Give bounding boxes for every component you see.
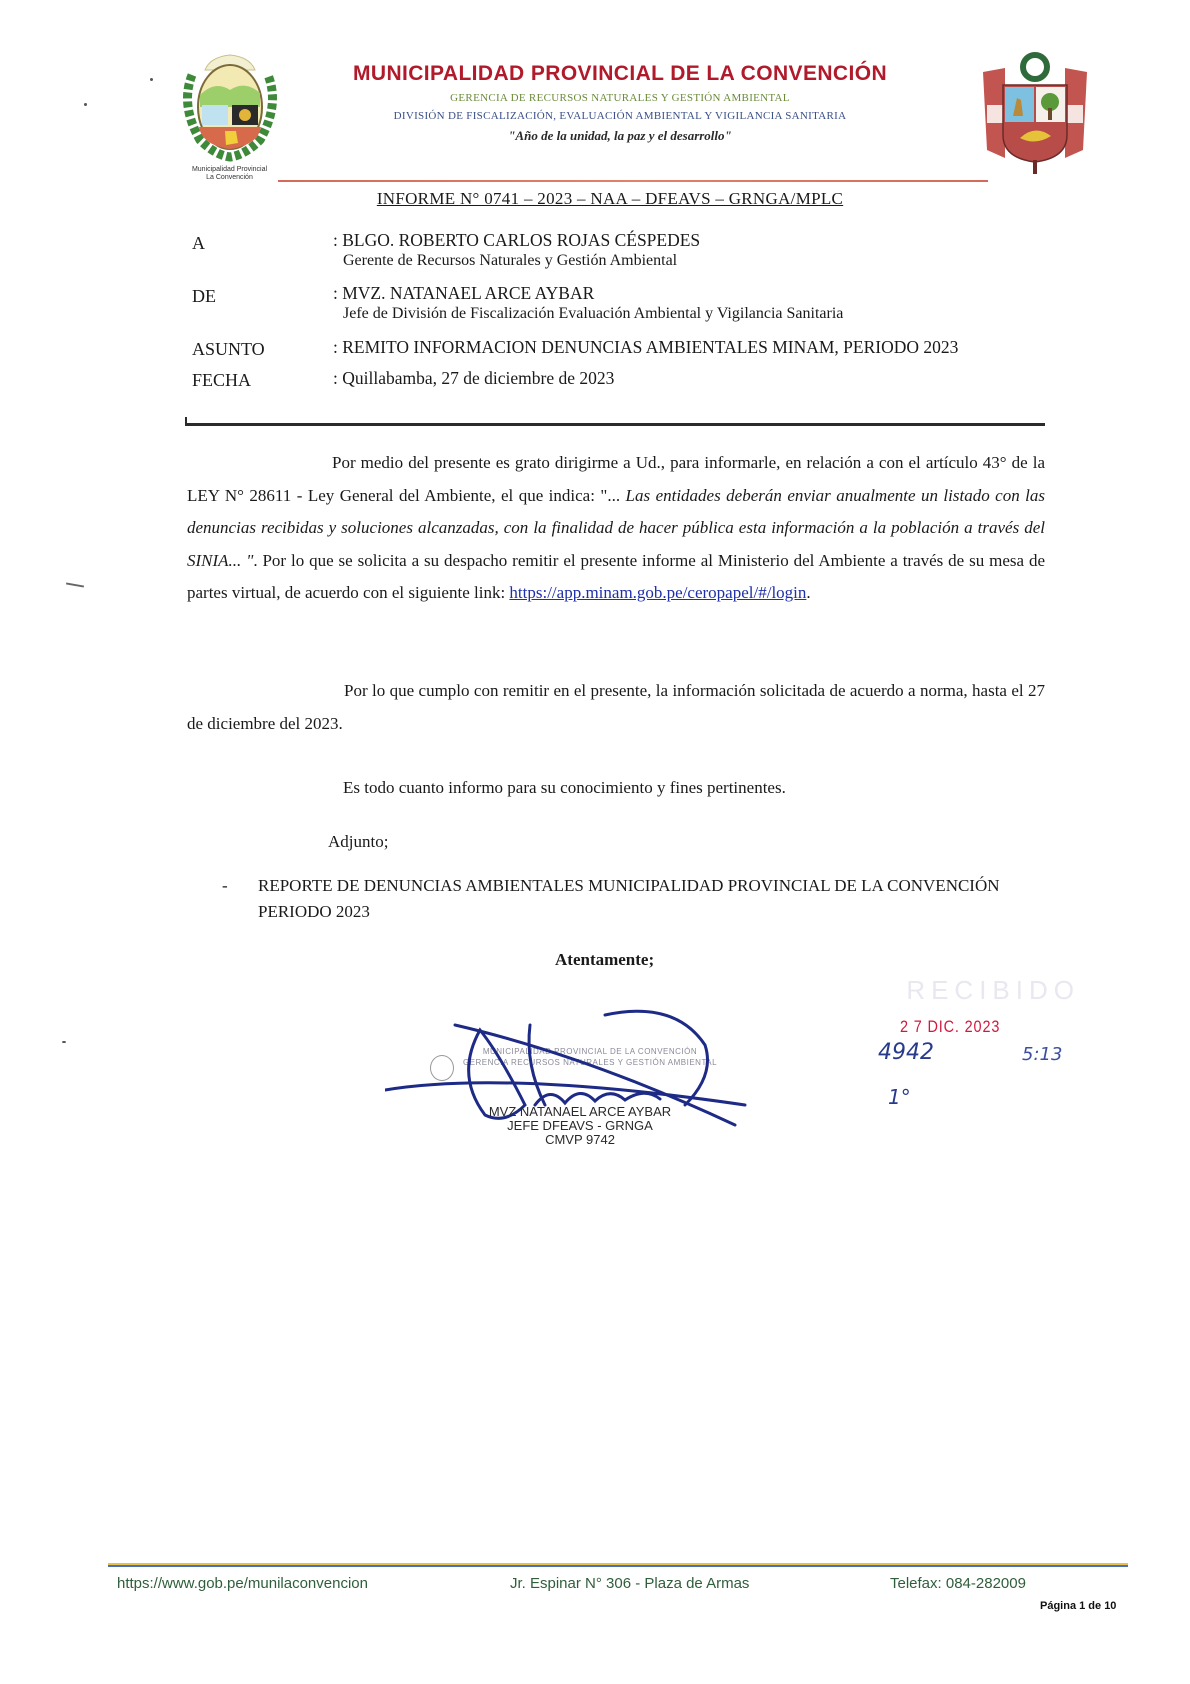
- org-title: MUNICIPALIDAD PROVINCIAL DE LA CONVENCIÓ…: [300, 62, 940, 86]
- footer-divider: [108, 1563, 1128, 1567]
- subject-label: ASUNTO: [192, 339, 265, 360]
- scan-speck: [150, 78, 153, 81]
- year-motto: "Año de la unidad, la paz y el desarroll…: [300, 128, 940, 144]
- attachment-bullet: -: [222, 876, 228, 896]
- from-value: : MVZ. NATANAEL ARCE AYBAR: [333, 283, 594, 304]
- p2-text: Por lo que cumplo con remitir en el pres…: [187, 681, 1045, 733]
- received-date: 2 7 DIC. 2023: [900, 1017, 1000, 1037]
- attachment-label: Adjunto;: [328, 832, 388, 852]
- received-number: 4942: [878, 1040, 934, 1065]
- header-divider: [278, 180, 988, 182]
- signatory-license: CMVP 9742: [460, 1133, 700, 1147]
- from-label: DE: [192, 286, 216, 307]
- logo-caption-line-1: Municipalidad Provincial: [162, 166, 297, 174]
- division-subtitle: DIVISIÓN DE FISCALIZACIÓN, EVALUACIÓN AM…: [300, 110, 940, 122]
- page-number: Página 1 de 10: [1040, 1600, 1116, 1612]
- scan-speck: [84, 103, 87, 106]
- subject-value: : REMITO INFORMACION DENUNCIAS AMBIENTAL…: [333, 337, 958, 358]
- minam-link[interactable]: https://app.minam.gob.pe/ceropapel/#/log…: [509, 583, 806, 602]
- received-stamp-faded: RECIBIDO: [840, 975, 1080, 1006]
- peru-coat-of-arms-icon: [975, 50, 1095, 175]
- signatory-name: MVZ NATANAEL ARCE AYBAR: [460, 1105, 700, 1119]
- scan-speck: [62, 1041, 66, 1043]
- received-folio: 1°: [888, 1085, 911, 1109]
- footer-website-link[interactable]: https://www.gob.pe/munilaconvencion: [117, 1575, 368, 1592]
- to-label: A: [192, 233, 205, 254]
- attachment-item: REPORTE DE DENUNCIAS AMBIENTALES MUNICIP…: [258, 873, 1018, 925]
- logo-caption-line-2: La Convención: [162, 174, 297, 182]
- date-value: : Quillabamba, 27 de diciembre de 2023: [333, 368, 614, 389]
- body-divider: [185, 423, 1045, 426]
- gerencia-subtitle: GERENCIA DE RECURSOS NATURALES Y GESTIÓN…: [300, 92, 940, 104]
- date-label: FECHA: [192, 370, 251, 391]
- from-role: Jefe de División de Fiscalización Evalua…: [343, 305, 843, 323]
- p1-end: .: [806, 583, 810, 602]
- footer-phone: Telefax: 084-282009: [890, 1575, 1026, 1592]
- signatory-block: MVZ NATANAEL ARCE AYBAR JEFE DFEAVS - GR…: [460, 1105, 700, 1147]
- to-value: : BLGO. ROBERTO CARLOS ROJAS CÉSPEDES: [333, 230, 700, 251]
- signatory-title: JEFE DFEAVS - GRNGA: [460, 1119, 700, 1133]
- paragraph-1: Por medio del presente es grato dirigirm…: [187, 447, 1045, 610]
- municipal-logo-caption: Municipalidad Provincial La Convención: [162, 166, 297, 182]
- scan-mark: [66, 582, 84, 587]
- footer-address: Jr. Espinar N° 306 - Plaza de Armas: [510, 1575, 749, 1592]
- paragraph-2: Por lo que cumplo con remitir en el pres…: [187, 675, 1045, 740]
- municipal-coat-of-arms-icon: [170, 45, 290, 165]
- received-time: 5:13: [1022, 1044, 1062, 1065]
- closing-statement: Es todo cuanto informo para su conocimie…: [343, 778, 786, 798]
- sign-off: Atentamente;: [555, 950, 654, 970]
- to-role: Gerente de Recursos Naturales y Gestión …: [343, 252, 677, 270]
- report-number: INFORME N° 0741 – 2023 – NAA – DFEAVS – …: [170, 189, 1050, 209]
